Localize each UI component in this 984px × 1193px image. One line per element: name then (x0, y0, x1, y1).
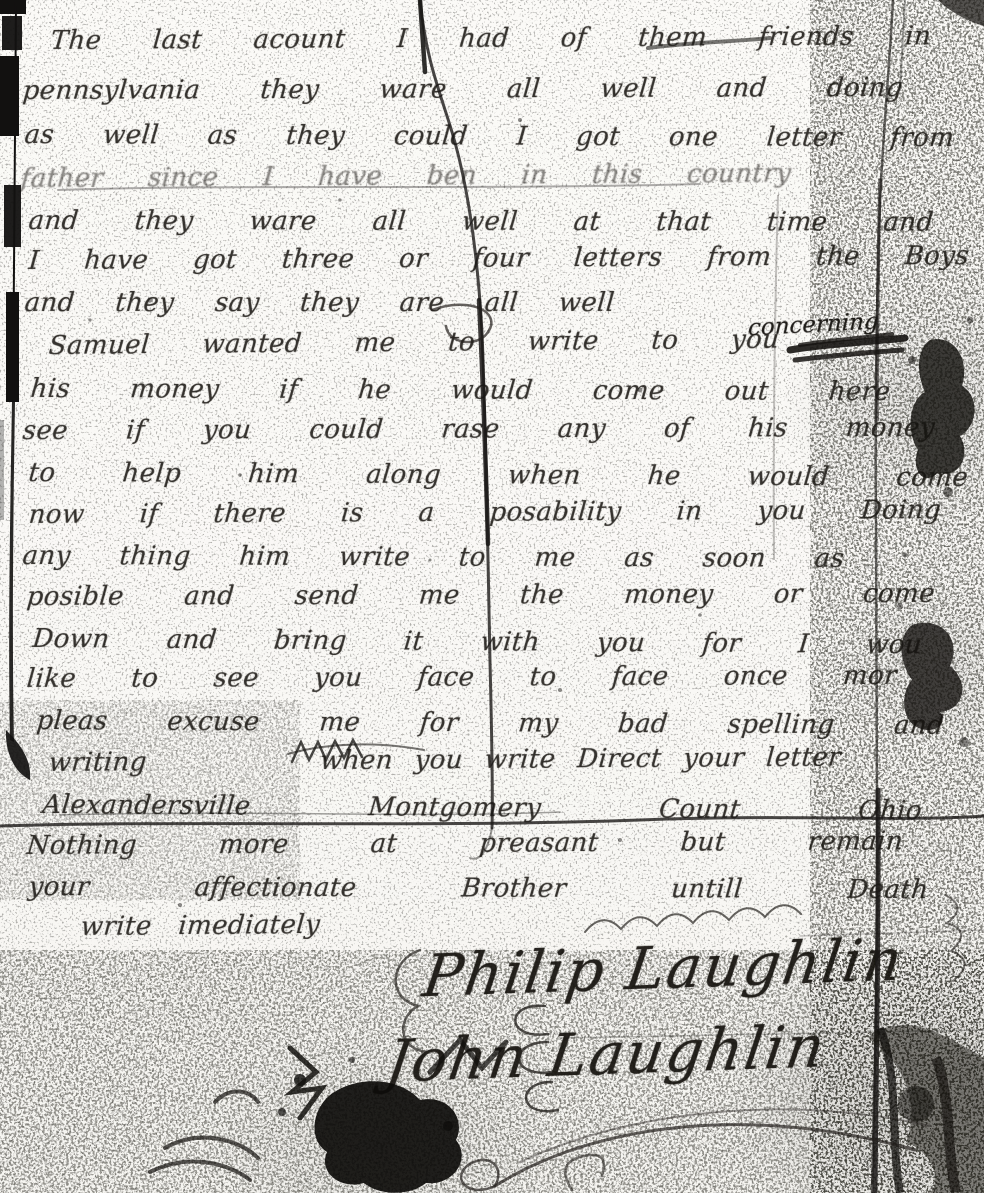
letter-line: writing when you write Direct your lette… (47, 742, 842, 779)
letter-line: write imediately (80, 910, 322, 943)
signature-philip-laughlin: Philip Laughlin (419, 926, 908, 1011)
letter-line: Nothing more at preasant but remain (25, 826, 904, 862)
letter-line: I have got three or four letters from th… (27, 241, 970, 277)
letter-line: as well as they could I got one letter f… (23, 120, 956, 154)
letter-line: like to see you face to face once mor (25, 661, 898, 695)
letter-line: any thing him write to me as soon as (21, 541, 846, 575)
signature-john-laughlin: John Laughlin (382, 1012, 831, 1095)
top-right-corner-mark (938, 0, 984, 26)
letter-line: and they ware all well at that time and (27, 206, 935, 239)
letter-line: The last acount I had of them friends in (49, 21, 932, 57)
letter-line: posible and send me the money or come (25, 579, 936, 613)
letter-line: pennsylvania they ware all well and doin… (21, 73, 904, 107)
letter-line: father since I have ben in this country (19, 159, 792, 196)
letter-line: your affectionate Brother untill Death (27, 872, 930, 906)
letter-line: now if there is a posability in you Doin… (27, 495, 942, 531)
letter-line: Alexandersville Montgomery Count Ohio (41, 790, 923, 827)
bottom-right-darkness (870, 1025, 984, 1193)
film-edge-marks (0, 0, 30, 780)
letter-page: The last acount I had of them friends in… (0, 0, 984, 1193)
letter-line: his money if he would come out here (29, 374, 892, 408)
bottom-flourish (461, 1109, 930, 1190)
letter-line: and they say they are all well (23, 288, 616, 319)
letter-line: to help him along when he would come (27, 458, 969, 494)
letter-line: see if you could rase any of his money (21, 413, 936, 447)
letter-line: Down and bring it with you for I wou (31, 624, 923, 661)
letter-line: pleas excuse me for my bad spelling and (35, 706, 945, 742)
letter-line: Samuel wanted me to write to you (48, 325, 781, 363)
inserted-word-concerning: concerning (748, 309, 879, 342)
